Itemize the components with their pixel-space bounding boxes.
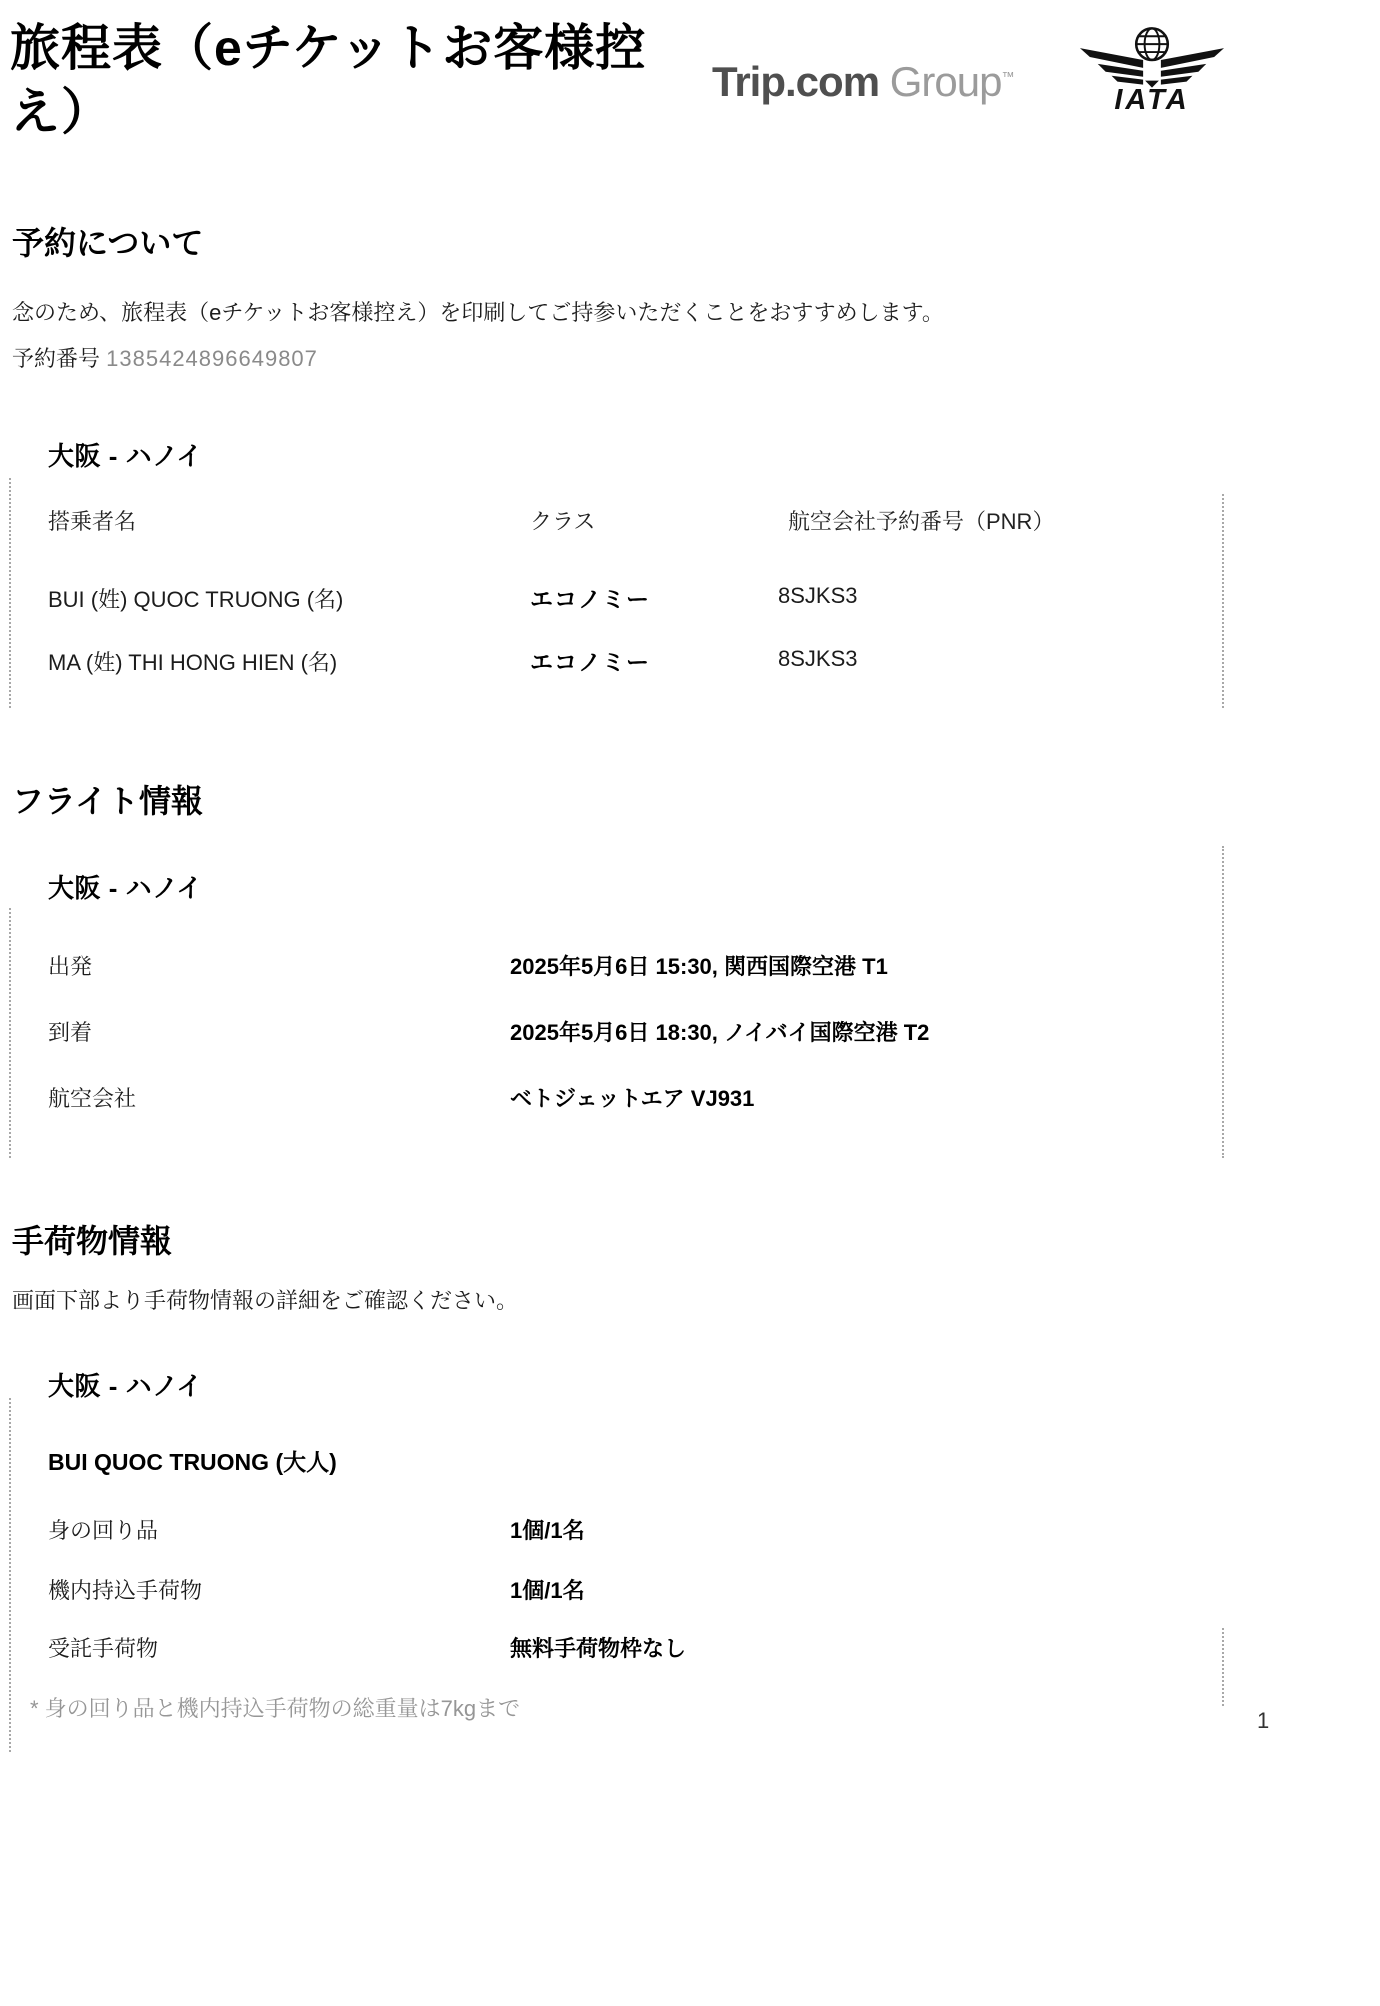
booking-number-value: 1385424896649807 [106,346,318,371]
page-title-line1: 旅程表（eチケットお客様控 [10,8,646,80]
group-logo-text: Group [890,58,1002,105]
departure-value: 2025年5月6日 15:30, 関西国際空港 T1 [510,950,888,981]
baggage-item-label: 受託手荷物 [48,1632,158,1663]
baggage-route-heading: 大阪 - ハノイ [48,1366,203,1403]
baggage-item-label: 身の回り品 [48,1514,158,1545]
airline-label: 航空会社 [48,1082,136,1113]
baggage-item-value: 1個/1名 [510,1514,585,1545]
tripcom-group-logo: Trip.com Group™ [712,58,1013,106]
iata-logo: IATA [1078,24,1226,124]
column-header-passenger-name: 搭乗者名 [48,505,136,536]
baggage-box-border-right [1222,1628,1224,1706]
column-header-class: クラス [530,505,595,536]
baggage-box-border-left [9,1398,11,1752]
booking-number-row: 予約番号 1385424896649807 [12,342,318,373]
passenger-class: エコノミー [530,644,650,677]
passenger-pnr: 8SJKS3 [778,646,858,672]
iata-logo-text: IATA [1078,84,1226,117]
booking-notice: 念のため、旅程表（eチケットお客様控え）を印刷してご持参いただくことをおすすめし… [12,296,944,327]
page-title-line2: え） [10,72,112,144]
passenger-name: MA (姓) THI HONG HIEN (名) [48,646,337,677]
page-number: 1 [1257,1708,1269,1734]
baggage-notice: 画面下部より手荷物情報の詳細をご確認ください。 [12,1284,518,1315]
passenger-box-border-left [9,478,11,708]
baggage-section-heading: 手荷物情報 [12,1216,172,1262]
passenger-route-heading: 大阪 - ハノイ [48,436,203,473]
passenger-box-border-right [1222,494,1224,708]
passenger-pnr: 8SJKS3 [778,583,858,609]
flight-box-border-left [9,908,11,1158]
column-header-pnr: 航空会社予約番号（PNR） [788,505,1054,536]
passenger-name: BUI (姓) QUOC TRUONG (名) [48,583,343,614]
departure-label: 出発 [48,950,92,981]
flight-section-heading: フライト情報 [12,776,203,822]
baggage-footnote: * 身の回り品と機内持込手荷物の総重量は7kgまで [30,1692,520,1723]
tripcom-logo-text: Trip.com [712,58,879,105]
airline-value: ベトジェットエア VJ931 [510,1082,754,1113]
baggage-item-value: 1個/1名 [510,1574,585,1605]
baggage-item-value: 無料手荷物枠なし [510,1632,686,1663]
itinerary-document: 旅程表（eチケットお客様控 え） Trip.com Group™ [0,0,1380,2006]
booking-number-label: 予約番号 [12,346,100,371]
arrival-value: 2025年5月6日 18:30, ノイバイ国際空港 T2 [510,1016,929,1047]
booking-section-heading: 予約について [12,218,203,264]
flight-route-heading: 大阪 - ハノイ [48,868,203,905]
baggage-item-label: 機内持込手荷物 [48,1574,202,1605]
passenger-class: エコノミー [530,581,650,614]
flight-box-border-right [1222,846,1224,1158]
trademark-symbol: ™ [1001,69,1013,84]
arrival-label: 到着 [48,1016,92,1047]
iata-wings-globe-icon [1078,24,1226,88]
baggage-passenger-heading: BUI QUOC TRUONG (大人) [48,1444,337,1477]
